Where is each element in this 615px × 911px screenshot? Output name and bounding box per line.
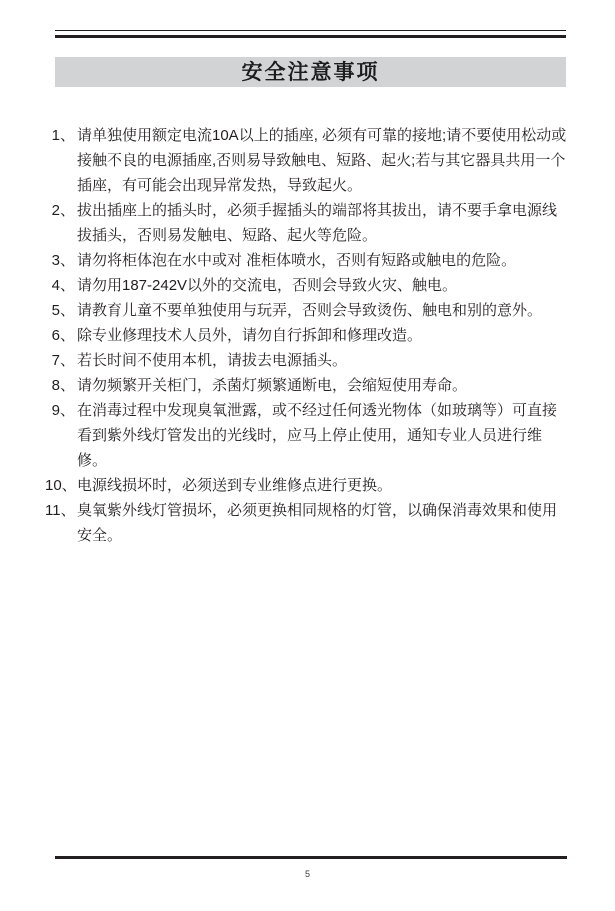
bottom-rule — [55, 856, 567, 859]
item-text: 请勿将柜体泡在水中或对 准柜体喷水，否则有短路或触电的危险。 — [75, 248, 567, 273]
item-text: 请勿频繁开关柜门，杀菌灯频繁通断电，会缩短使用寿命。 — [75, 373, 567, 398]
item-number: 3、 — [45, 248, 75, 273]
safety-item-3: 3、 请勿将柜体泡在水中或对 准柜体喷水，否则有短路或触电的危险。 — [45, 248, 567, 273]
safety-item-10: 10、 电源线损坏时，必须送到专业维修点进行更换。 — [45, 473, 567, 498]
item-number: 5、 — [45, 298, 75, 323]
item-text: 请勿用187-242V以外的交流电，否则会导致火灾、触电。 — [75, 273, 567, 298]
item-number: 9、 — [45, 398, 75, 423]
section-title-bar: 安全注意事项 — [55, 57, 566, 87]
item-text: 若长时间不使用本机，请拔去电源插头。 — [75, 348, 567, 373]
top-rule-thick — [55, 35, 566, 38]
item-text: 在消毒过程中发现臭氧泄露，或不经过任何透光物体（如玻璃等）可直接看到紫外线灯管发… — [75, 398, 567, 473]
item-number: 6、 — [45, 323, 75, 348]
safety-item-8: 8、 请勿频繁开关柜门，杀菌灯频繁通断电，会缩短使用寿命。 — [45, 373, 567, 398]
item-text: 请单独使用额定电流10A以上的插座, 必须有可靠的接地;请不要使用松动或接触不良… — [75, 123, 567, 198]
safety-item-11: 11、 臭氧紫外线灯管损坏，必须更换相同规格的灯管，以确保消毒效果和使用安全。 — [45, 498, 567, 548]
item-text: 请教育儿童不要单独使用与玩弄，否则会导致烫伤、触电和别的意外。 — [75, 298, 567, 323]
safety-item-2: 2、 拔出插座上的插头时，必须手握插头的端部将其拔出，请不要手拿电源线拔插头，否… — [45, 198, 567, 248]
safety-item-7: 7、 若长时间不使用本机，请拔去电源插头。 — [45, 348, 567, 373]
item-text: 臭氧紫外线灯管损坏，必须更换相同规格的灯管，以确保消毒效果和使用安全。 — [75, 498, 567, 548]
page-number: 5 — [0, 869, 615, 879]
top-rule-thin — [55, 30, 566, 31]
item-number: 1、 — [45, 123, 75, 148]
item-number: 11、 — [45, 498, 75, 523]
item-number: 4、 — [45, 273, 75, 298]
safety-list: 1、 请单独使用额定电流10A以上的插座, 必须有可靠的接地;请不要使用松动或接… — [45, 123, 567, 548]
item-number: 2、 — [45, 198, 75, 223]
item-number: 8、 — [45, 373, 75, 398]
manual-page: 安全注意事项 1、 请单独使用额定电流10A以上的插座, 必须有可靠的接地;请不… — [0, 0, 615, 911]
item-number: 10、 — [45, 473, 75, 498]
safety-item-5: 5、 请教育儿童不要单独使用与玩弄，否则会导致烫伤、触电和别的意外。 — [45, 298, 567, 323]
page-title: 安全注意事项 — [242, 62, 380, 83]
item-number: 7、 — [45, 348, 75, 373]
safety-item-4: 4、 请勿用187-242V以外的交流电，否则会导致火灾、触电。 — [45, 273, 567, 298]
safety-item-9: 9、 在消毒过程中发现臭氧泄露，或不经过任何透光物体（如玻璃等）可直接看到紫外线… — [45, 398, 567, 473]
item-text: 除专业修理技术人员外，请勿自行拆卸和修理改造。 — [75, 323, 567, 348]
item-text: 电源线损坏时，必须送到专业维修点进行更换。 — [75, 473, 567, 498]
item-text: 拔出插座上的插头时，必须手握插头的端部将其拔出，请不要手拿电源线拔插头，否则易发… — [75, 198, 567, 248]
safety-item-6: 6、 除专业修理技术人员外，请勿自行拆卸和修理改造。 — [45, 323, 567, 348]
safety-item-1: 1、 请单独使用额定电流10A以上的插座, 必须有可靠的接地;请不要使用松动或接… — [45, 123, 567, 198]
